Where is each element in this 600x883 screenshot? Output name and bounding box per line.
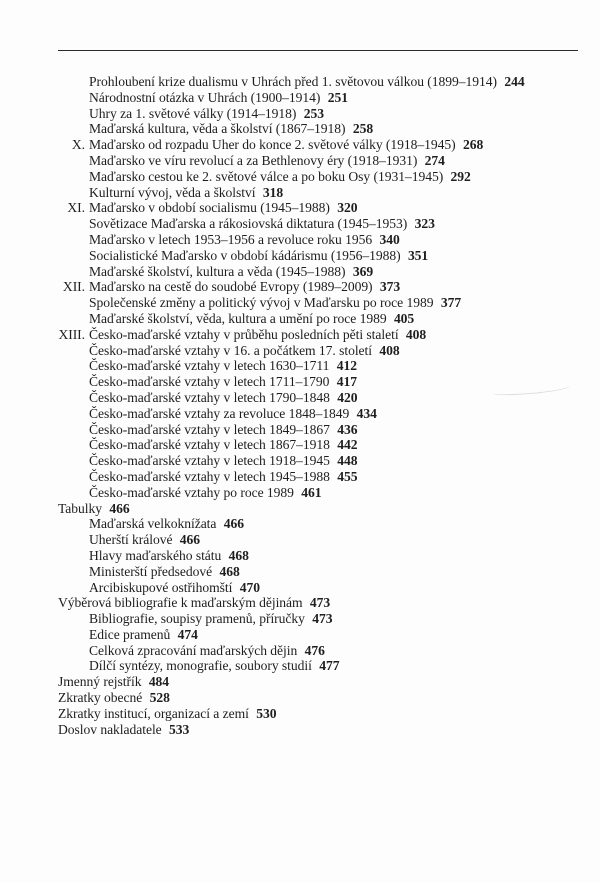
- entry-title: Doslov nakladatele: [58, 722, 162, 737]
- entry-title: Tabulky: [58, 501, 102, 516]
- toc-subentry[interactable]: Česko-maďarské vztahy v letech 1918–1945…: [0, 453, 600, 469]
- page-number: 477: [319, 658, 339, 673]
- page-number: 318: [263, 185, 283, 200]
- entry-title: Maďarská velkoknížata: [89, 516, 216, 531]
- toc-subentry[interactable]: Hlavy maďarského státu 468: [0, 548, 600, 564]
- entry-title: Česko-maďarské vztahy v letech 1711–1790: [89, 374, 329, 389]
- entry-title: Česko-maďarské vztahy v letech 1945–1988: [89, 469, 330, 484]
- entry-title: Ministerští předsedové: [89, 564, 212, 579]
- page-number: 408: [379, 343, 399, 358]
- toc-section-entry[interactable]: Doslov nakladatele 533: [0, 722, 600, 738]
- entry-title: Edice pramenů: [89, 627, 170, 642]
- toc-subentry[interactable]: Socialistické Maďarsko v období kádárism…: [0, 248, 600, 264]
- toc-subentry[interactable]: Edice pramenů 474: [0, 627, 600, 643]
- page-number: 448: [337, 453, 357, 468]
- page-number: 468: [219, 564, 239, 579]
- toc-subentry[interactable]: Maďarsko cestou ke 2. světové válce a po…: [0, 169, 600, 185]
- toc-subentry[interactable]: Národnostní otázka v Uhrách (1900–1914) …: [0, 90, 600, 106]
- page-number: 274: [425, 153, 445, 168]
- entry-title: Maďarské školství, věda, kultura a umění…: [89, 311, 387, 326]
- page-number: 268: [463, 137, 483, 152]
- page-number: 351: [408, 248, 428, 263]
- entry-title: Společenské změny a politický vývoj v Ma…: [89, 295, 433, 310]
- toc-subentry[interactable]: Uherští králové 466: [0, 532, 600, 548]
- entry-title: Česko-maďarské vztahy za revoluce 1848–1…: [89, 406, 349, 421]
- entry-title: Maďarsko cestou ke 2. světové válce a po…: [89, 169, 443, 184]
- entry-title: Česko-maďarské vztahy po roce 1989: [89, 485, 294, 500]
- page-number: 340: [379, 232, 399, 247]
- toc-subentry[interactable]: Česko-maďarské vztahy v letech 1630–1711…: [0, 358, 600, 374]
- page-number: 420: [337, 390, 357, 405]
- entry-title: Maďarsko od rozpadu Uher do konce 2. svě…: [89, 137, 456, 152]
- page-number: 466: [109, 501, 129, 516]
- toc-chapter-entry[interactable]: X. Maďarsko od rozpadu Uher do konce 2. …: [0, 137, 600, 153]
- page-number: 476: [305, 643, 325, 658]
- page-number: 377: [441, 295, 461, 310]
- toc-subentry[interactable]: Sovětizace Maďarska a rákosiovská diktat…: [0, 216, 600, 232]
- page-number: 468: [229, 548, 249, 563]
- page-number: 292: [451, 169, 471, 184]
- toc-subentry[interactable]: Česko-maďarské vztahy v letech 1945–1988…: [0, 469, 600, 485]
- page-number: 474: [178, 627, 198, 642]
- entry-title: Maďarsko v letech 1953–1956 a revoluce r…: [89, 232, 372, 247]
- entry-title: Socialistické Maďarsko v období kádárism…: [89, 248, 401, 263]
- page-number: 436: [337, 422, 357, 437]
- toc-subentry[interactable]: Celková zpracování maďarských dějin 476: [0, 643, 600, 659]
- toc-section-entry[interactable]: Tabulky 466: [0, 501, 600, 517]
- toc-section-entry[interactable]: Jmenný rejstřík 484: [0, 674, 600, 690]
- entry-title: Maďarsko na cestě do soudobé Evropy (198…: [89, 279, 373, 294]
- chapter-numeral: X.: [72, 137, 85, 153]
- chapter-numeral: XIII.: [58, 327, 85, 343]
- toc-chapter-entry[interactable]: XI. Maďarsko v období socialismu (1945–1…: [0, 200, 600, 216]
- toc-subentry[interactable]: Česko-maďarské vztahy v 16. a počátkem 1…: [0, 343, 600, 359]
- entry-title: Maďarsko ve víru revolucí a za Bethlenov…: [89, 153, 417, 168]
- entry-title: Prohloubení krize dualismu v Uhrách před…: [89, 74, 497, 89]
- toc-subentry[interactable]: Kulturní vývoj, věda a školství 318: [0, 185, 600, 201]
- page-number: 405: [394, 311, 414, 326]
- page-number: 412: [337, 358, 357, 373]
- page-number: 533: [169, 722, 189, 737]
- toc-chapter-entry[interactable]: XIII. Česko-maďarské vztahy v průběhu po…: [0, 327, 600, 343]
- page-number: 466: [180, 532, 200, 547]
- page-number: 434: [357, 406, 377, 421]
- toc-subentry[interactable]: Ministerští předsedové 468: [0, 564, 600, 580]
- page-number: 461: [301, 485, 321, 500]
- entry-title: Celková zpracování maďarských dějin: [89, 643, 297, 658]
- page-number: 473: [312, 611, 332, 626]
- page-number: 455: [337, 469, 357, 484]
- toc-subentry[interactable]: Maďarská kultura, věda a školství (1867–…: [0, 121, 600, 137]
- toc-subentry[interactable]: Maďarská velkoknížata 466: [0, 516, 600, 532]
- entry-title: Zkratky obecné: [58, 690, 142, 705]
- page-number: 473: [310, 595, 330, 610]
- toc-subentry[interactable]: Maďarské školství, kultura a věda (1945–…: [0, 264, 600, 280]
- entry-title: Česko-maďarské vztahy v letech 1867–1918: [89, 437, 330, 452]
- entry-title: Česko-maďarské vztahy v letech 1849–1867: [89, 422, 330, 437]
- toc-subentry[interactable]: Uhry za 1. světové války (1914–1918) 253: [0, 106, 600, 122]
- entry-title: Česko-maďarské vztahy v letech 1918–1945: [89, 453, 330, 468]
- entry-title: Kulturní vývoj, věda a školství: [89, 185, 255, 200]
- header-rule: [58, 50, 578, 51]
- entry-title: Hlavy maďarského státu: [89, 548, 221, 563]
- toc-subentry[interactable]: Maďarské školství, věda, kultura a umění…: [0, 311, 600, 327]
- page-number: 408: [406, 327, 426, 342]
- entry-title: Česko-maďarské vztahy v 16. a počátkem 1…: [89, 343, 372, 358]
- toc-section-entry[interactable]: Výběrová bibliografie k maďarským dějiná…: [0, 595, 600, 611]
- page-number: 244: [504, 74, 524, 89]
- toc-subentry[interactable]: Prohloubení krize dualismu v Uhrách před…: [0, 74, 600, 90]
- page-number: 484: [149, 674, 169, 689]
- page-number: 442: [337, 437, 357, 452]
- entry-title: Maďarská kultura, věda a školství (1867–…: [89, 121, 345, 136]
- page-number: 253: [304, 106, 324, 121]
- page-number: 258: [353, 121, 373, 136]
- toc-subentry[interactable]: Společenské změny a politický vývoj v Ma…: [0, 295, 600, 311]
- toc-section-entry[interactable]: Zkratky obecné 528: [0, 690, 600, 706]
- page-number: 530: [256, 706, 276, 721]
- toc-chapter-entry[interactable]: XII. Maďarsko na cestě do soudobé Evropy…: [0, 279, 600, 295]
- entry-title: Arcibiskupové ostřihomští: [89, 580, 232, 595]
- toc-subentry[interactable]: Česko-maďarské vztahy v letech 1867–1918…: [0, 437, 600, 453]
- toc-subentry[interactable]: Česko-maďarské vztahy za revoluce 1848–1…: [0, 406, 600, 422]
- entry-title: Česko-maďarské vztahy v letech 1790–1848: [89, 390, 330, 405]
- chapter-numeral: XII.: [63, 279, 85, 295]
- page-number: 323: [415, 216, 435, 231]
- page-number: 320: [337, 200, 357, 215]
- entry-title: Zkratky institucí, organizací a zemí: [58, 706, 249, 721]
- entry-title: Jmenný rejstřík: [58, 674, 141, 689]
- toc-subentry[interactable]: Bibliografie, soupisy pramenů, příručky …: [0, 611, 600, 627]
- toc-subentry[interactable]: Maďarsko v letech 1953–1956 a revoluce r…: [0, 232, 600, 248]
- toc-subentry[interactable]: Česko-maďarské vztahy v letech 1849–1867…: [0, 422, 600, 438]
- page-number: 528: [150, 690, 170, 705]
- page-number: 470: [240, 580, 260, 595]
- page-number: 417: [337, 374, 357, 389]
- toc-subentry[interactable]: Arcibiskupové ostřihomští 470: [0, 580, 600, 596]
- toc-subentry[interactable]: Dílčí syntézy, monografie, soubory studi…: [0, 658, 600, 674]
- page-number: 251: [328, 90, 348, 105]
- entry-title: Maďarské školství, kultura a věda (1945–…: [89, 264, 345, 279]
- toc-subentry[interactable]: Česko-maďarské vztahy po roce 1989 461: [0, 485, 600, 501]
- entry-title: Maďarsko v období socialismu (1945–1988): [89, 200, 330, 215]
- entry-title: Dílčí syntézy, monografie, soubory studi…: [89, 658, 312, 673]
- entry-title: Česko-maďarské vztahy v letech 1630–1711: [89, 358, 329, 373]
- page-number: 373: [380, 279, 400, 294]
- page-number: 369: [353, 264, 373, 279]
- entry-title: Bibliografie, soupisy pramenů, příručky: [89, 611, 305, 626]
- book-page: Prohloubení krize dualismu v Uhrách před…: [0, 0, 600, 883]
- toc-section-entry[interactable]: Zkratky institucí, organizací a zemí 530: [0, 706, 600, 722]
- entry-title: Česko-maďarské vztahy v průběhu poslední…: [89, 327, 399, 342]
- entry-title: Uhry za 1. světové války (1914–1918): [89, 106, 296, 121]
- page-number: 466: [224, 516, 244, 531]
- chapter-numeral: XI.: [67, 200, 85, 216]
- entry-title: Výběrová bibliografie k maďarským dějiná…: [58, 595, 303, 610]
- entry-title: Národnostní otázka v Uhrách (1900–1914): [89, 90, 320, 105]
- table-of-contents: Prohloubení krize dualismu v Uhrách před…: [0, 74, 600, 737]
- toc-subentry[interactable]: Maďarsko ve víru revolucí a za Bethlenov…: [0, 153, 600, 169]
- entry-title: Uherští králové: [89, 532, 172, 547]
- entry-title: Sovětizace Maďarska a rákosiovská diktat…: [89, 216, 407, 231]
